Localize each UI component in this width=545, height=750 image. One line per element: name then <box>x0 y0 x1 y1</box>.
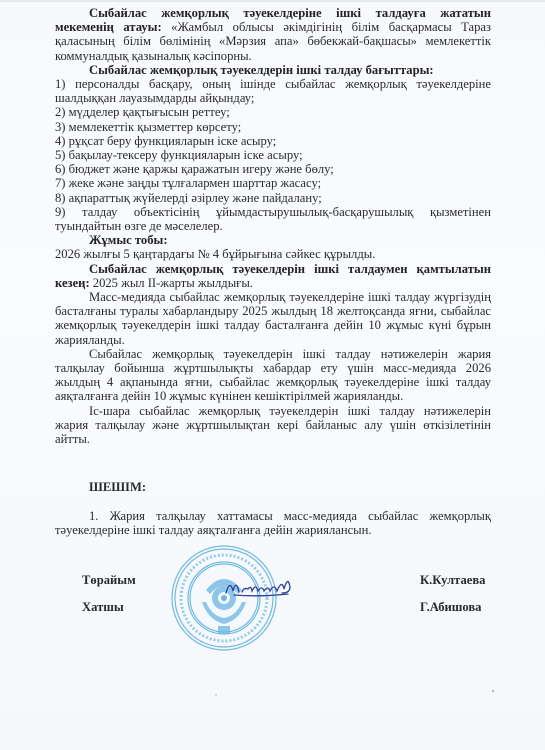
spacer <box>55 446 491 480</box>
secretary-role: Хатшы <box>82 600 124 615</box>
signature-icon <box>224 573 296 601</box>
decision-heading: ШЕШІМ: <box>89 480 491 494</box>
direction-item: 6) бюджет және қаржы қаражатын игеру жән… <box>55 162 491 176</box>
scanned-document-page: Сыбайлас жемқорлық тәуекелдеріне ішкі та… <box>0 0 545 750</box>
decision-item: 1. Жария талқылау хаттамасы масс-медияда… <box>55 509 491 537</box>
directions-list: 1) персоналды басқару, оның ішінде сыбай… <box>55 77 491 233</box>
scan-speck <box>215 694 217 696</box>
period-paragraph: Сыбайлас жемқорлық тәуекелдерін ішкі тал… <box>55 262 491 290</box>
direction-item: 3) мемлекеттік қызметтер көрсету; <box>55 120 491 134</box>
working-group-text: 2026 жылғы 5 қаңтардағы № 4 бұйрығына сә… <box>55 247 491 261</box>
event-paragraph: Іс-шара сыбайлас жемқорлық тәуекелдерін … <box>55 404 491 447</box>
direction-item: 9) талдау объектісінің ұйымдастырушылық-… <box>55 205 491 233</box>
directions-heading: Сыбайлас жемқорлық тәуекелдерін ішкі тал… <box>55 63 491 77</box>
direction-item: 4) рұқсат беру функцияларын іске асыру; <box>55 134 491 148</box>
announcement-paragraph: Масс-медияда сыбайлас жемқорлық тәуекелд… <box>55 290 491 347</box>
secretary-name: Г.Абишова <box>420 600 481 615</box>
publication-paragraph: Сыбайлас жемқорлық тәуекелдерін ішкі тал… <box>55 347 491 404</box>
direction-item: 5) бақылау-тексеру функцияларын іске асы… <box>55 148 491 162</box>
spacer <box>55 495 491 509</box>
direction-item: 2) мүдделер қақтығысын реттеу; <box>55 105 491 119</box>
direction-item: 8) ақпараттық жүйелерді әзірлеу және пай… <box>55 191 491 205</box>
chair-role: Төрайым <box>82 573 136 588</box>
page-top-edge <box>0 0 545 2</box>
working-group-heading: Жұмыс тобы: <box>55 233 491 247</box>
direction-item: 1) персоналды басқару, оның ішінде сыбай… <box>55 77 491 105</box>
period-value: 2025 жыл ІІ-жарты жылдығы. <box>90 276 253 290</box>
scan-speck <box>492 690 494 692</box>
institution-name-paragraph: Сыбайлас жемқорлық тәуекелдеріне ішкі та… <box>55 6 491 63</box>
direction-item: 7) жеке және заңды тұлғалармен шарттар ж… <box>55 176 491 190</box>
chair-name: К.Култаева <box>420 573 485 588</box>
document-body: Сыбайлас жемқорлық тәуекелдеріне ішкі та… <box>55 6 491 537</box>
